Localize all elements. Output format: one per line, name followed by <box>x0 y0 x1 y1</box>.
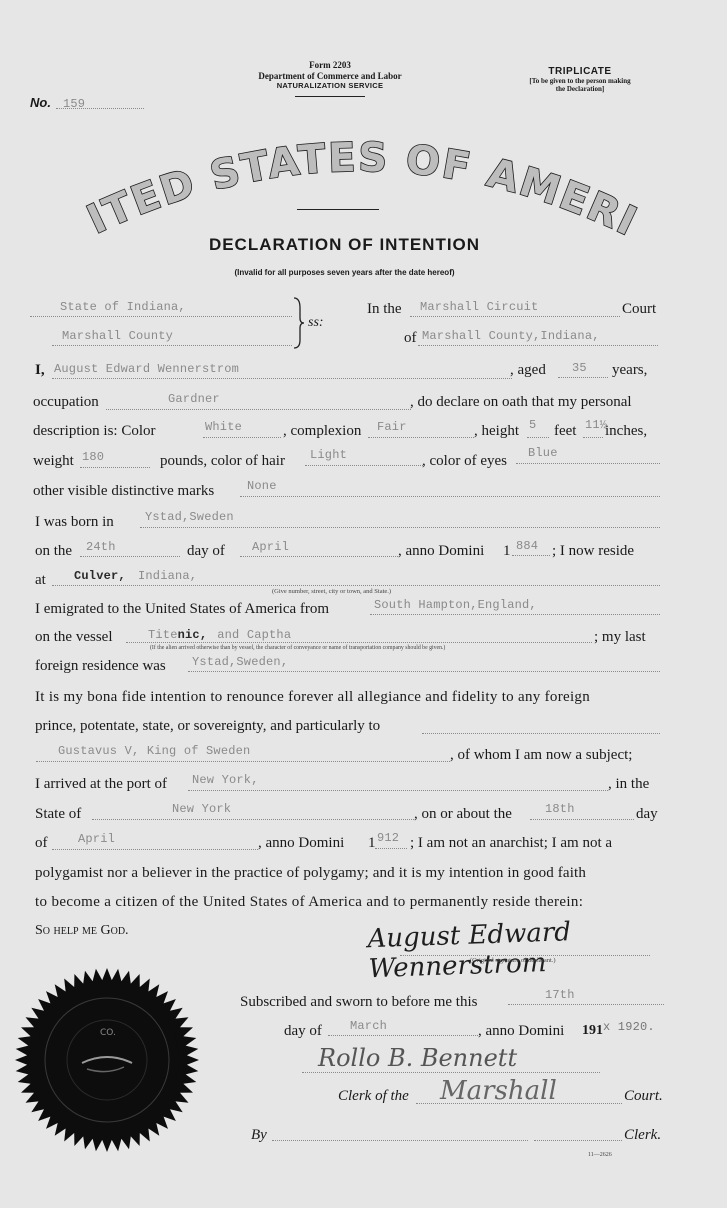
arrival-anno-label: , anno Domini <box>258 834 344 852</box>
on-the-label: on the <box>35 542 72 560</box>
born-label: I was born in <box>35 513 114 531</box>
feet-label: feet <box>554 422 576 440</box>
marks-label: other visible distinctive marks <box>33 482 214 500</box>
united-states-arc-title: UNITED STATES OF AMERICA <box>40 110 680 250</box>
birthplace-value: Ystad,Sweden <box>145 510 234 524</box>
ss-label: ss: <box>308 314 324 332</box>
birth-anno-label: , anno Domini <box>398 542 484 560</box>
of-label: of <box>404 329 417 347</box>
validity-note: (Invalid for all purposes seven years af… <box>0 268 689 277</box>
complexion-value: Fair <box>377 420 407 434</box>
form-number: Form 2203 <box>240 60 420 71</box>
document-title: DECLARATION OF INTENTION <box>0 235 689 255</box>
arrival-day-value: 18th <box>545 802 575 816</box>
jurat-month-value: March <box>350 1019 387 1033</box>
arrival-year-prefix: 1 <box>368 834 376 852</box>
age-value: 35 <box>572 361 587 375</box>
aged-label: , aged <box>510 361 546 379</box>
years-label: years, <box>612 361 647 379</box>
at-label: at <box>35 571 46 589</box>
declare-text: , do declare on oath that my personal <box>410 393 632 411</box>
vessel-value: Titenic, and Captha <box>148 625 291 643</box>
color-value: White <box>205 420 242 434</box>
jurat-printed-year: 191 <box>582 1022 603 1040</box>
in-the-label: In the <box>367 300 402 318</box>
arrival-of-label: of <box>35 834 48 852</box>
birth-day-value: 24th <box>86 540 116 554</box>
my-last-label: ; my last <box>594 628 646 646</box>
copy-note-1: [To be given to the person making <box>520 77 640 85</box>
copy-type: TRIPLICATE <box>520 66 640 77</box>
weight-label: weight <box>33 452 74 470</box>
vessel-part1: Tite <box>148 628 178 642</box>
birth-month-value: April <box>252 540 289 554</box>
print-code: 11—2626 <box>588 1152 612 1158</box>
marks-value: None <box>247 479 277 493</box>
residence-value: Indiana, <box>138 569 197 583</box>
port-label: I arrived at the port of <box>35 775 167 793</box>
emigrated-from-value: South Hampton,England, <box>374 598 537 612</box>
clerk-of-label: Clerk of the <box>338 1087 409 1105</box>
emigrated-label: I emigrated to the United States of Amer… <box>35 600 329 618</box>
court-label-bottom: Court. <box>624 1087 663 1105</box>
residence-note: (Give number, street, city or town, and … <box>272 588 391 595</box>
citizen-text: to become a citizen of the United States… <box>35 893 583 911</box>
day-label: day <box>636 805 658 823</box>
foreign-residence-label: foreign residence was <box>35 657 166 675</box>
anarchist-text: ; I am not an anarchist; I am not a <box>410 834 612 852</box>
service: NATURALIZATION SERVICE <box>240 81 420 90</box>
arrival-month-value: April <box>78 832 115 846</box>
state-label: State of <box>35 805 81 823</box>
weight-value: 180 <box>82 450 104 464</box>
sovereign-value: Gustavus V, King of Sweden <box>58 744 250 758</box>
court-label: Court <box>622 300 656 318</box>
vessel-bold: nic, <box>178 628 208 642</box>
foreign-residence-value: Ystad,Sweden, <box>192 655 288 669</box>
number-label: No. <box>30 95 51 110</box>
birth-year-prefix: 1 <box>503 542 511 560</box>
complexion-label: , complexion <box>283 422 361 440</box>
height-feet: 5 <box>529 418 536 432</box>
title-divider <box>297 209 379 210</box>
state-value: New York <box>172 802 231 816</box>
description-label: description is: Color <box>33 422 156 440</box>
department: Department of Commerce and Labor <box>240 71 420 81</box>
vessel-part2: and Captha <box>217 628 291 642</box>
renunciation-line-1: It is my bona fide intention to renounce… <box>35 688 590 706</box>
venue-county: Marshall County <box>62 329 173 343</box>
oath-text: So help me God. <box>35 922 129 940</box>
clerk-court-value: Marshall <box>440 1076 557 1106</box>
arrival-year-value: 912 <box>377 831 399 845</box>
eyes-label: , color of eyes <box>422 452 507 470</box>
venue-state: State of Indiana, <box>60 300 186 314</box>
brace-icon <box>292 296 306 350</box>
vessel-note: (If the alien arrived otherwise than by … <box>150 645 445 651</box>
subscribed-label: Subscribed and sworn to before me this <box>240 993 477 1011</box>
polygamy-text: polygamist nor a believer in the practic… <box>35 864 586 882</box>
occupation-label: occupation <box>33 393 99 411</box>
renunciation-line-2: prince, potentate, state, or sovereignty… <box>35 717 380 735</box>
inches-label: inches, <box>605 422 647 440</box>
clerk-signature: Rollo B. Bennett <box>318 1044 517 1072</box>
jurat-day-value: 17th <box>545 988 575 1002</box>
height-label: , height <box>474 422 519 440</box>
pounds-label: pounds, color of hair <box>160 452 285 470</box>
eye-color-value: Blue <box>528 446 558 460</box>
height-inches: 11½ <box>585 418 607 432</box>
court-name: Marshall Circuit <box>420 300 538 314</box>
declarant-name: August Edward Wennerstrom <box>54 362 239 376</box>
hair-color-value: Light <box>310 448 347 462</box>
jurat-year-value: x 1920. <box>603 1020 655 1034</box>
svg-text:CO.: CO. <box>100 1028 116 1038</box>
i-label: I, <box>35 361 45 379</box>
svg-text:UNITED STATES OF AMERICA: UNITED STATES OF AMERICA <box>40 110 645 246</box>
header: No. 159 Form 2203 Department of Commerce… <box>0 0 727 120</box>
reside-label: ; I now reside <box>552 542 634 560</box>
jurat-day-of-label: day of <box>284 1022 322 1040</box>
about-label: , on or about the <box>414 805 512 823</box>
in-the-state-label: , in the <box>608 775 649 793</box>
vessel-label: on the vessel <box>35 628 112 646</box>
day-of-label: day of <box>187 542 225 560</box>
copy-note-2: the Declaration] <box>520 85 640 93</box>
subject-label: , of whom I am now a subject; <box>450 746 632 764</box>
birth-year-value: 884 <box>516 539 538 553</box>
port-value: New York, <box>192 773 259 787</box>
clerk-label-bottom: Clerk. <box>624 1126 661 1144</box>
occupation-value: Gardner <box>168 392 220 406</box>
declarant-signature: August Edward Wennerstrom <box>367 912 727 984</box>
signature-note: (Original signature of declarant.) <box>470 957 556 964</box>
residence-bold: Culver, <box>74 569 126 583</box>
by-label: By <box>251 1126 267 1144</box>
jurat-anno-label: , anno Domini <box>478 1022 564 1040</box>
form-block: Form 2203 Department of Commerce and Lab… <box>240 60 420 97</box>
copy-block: TRIPLICATE [To be given to the person ma… <box>520 66 640 93</box>
court-location: Marshall County,Indiana, <box>422 329 600 343</box>
court-seal-icon: CO. <box>12 965 202 1155</box>
